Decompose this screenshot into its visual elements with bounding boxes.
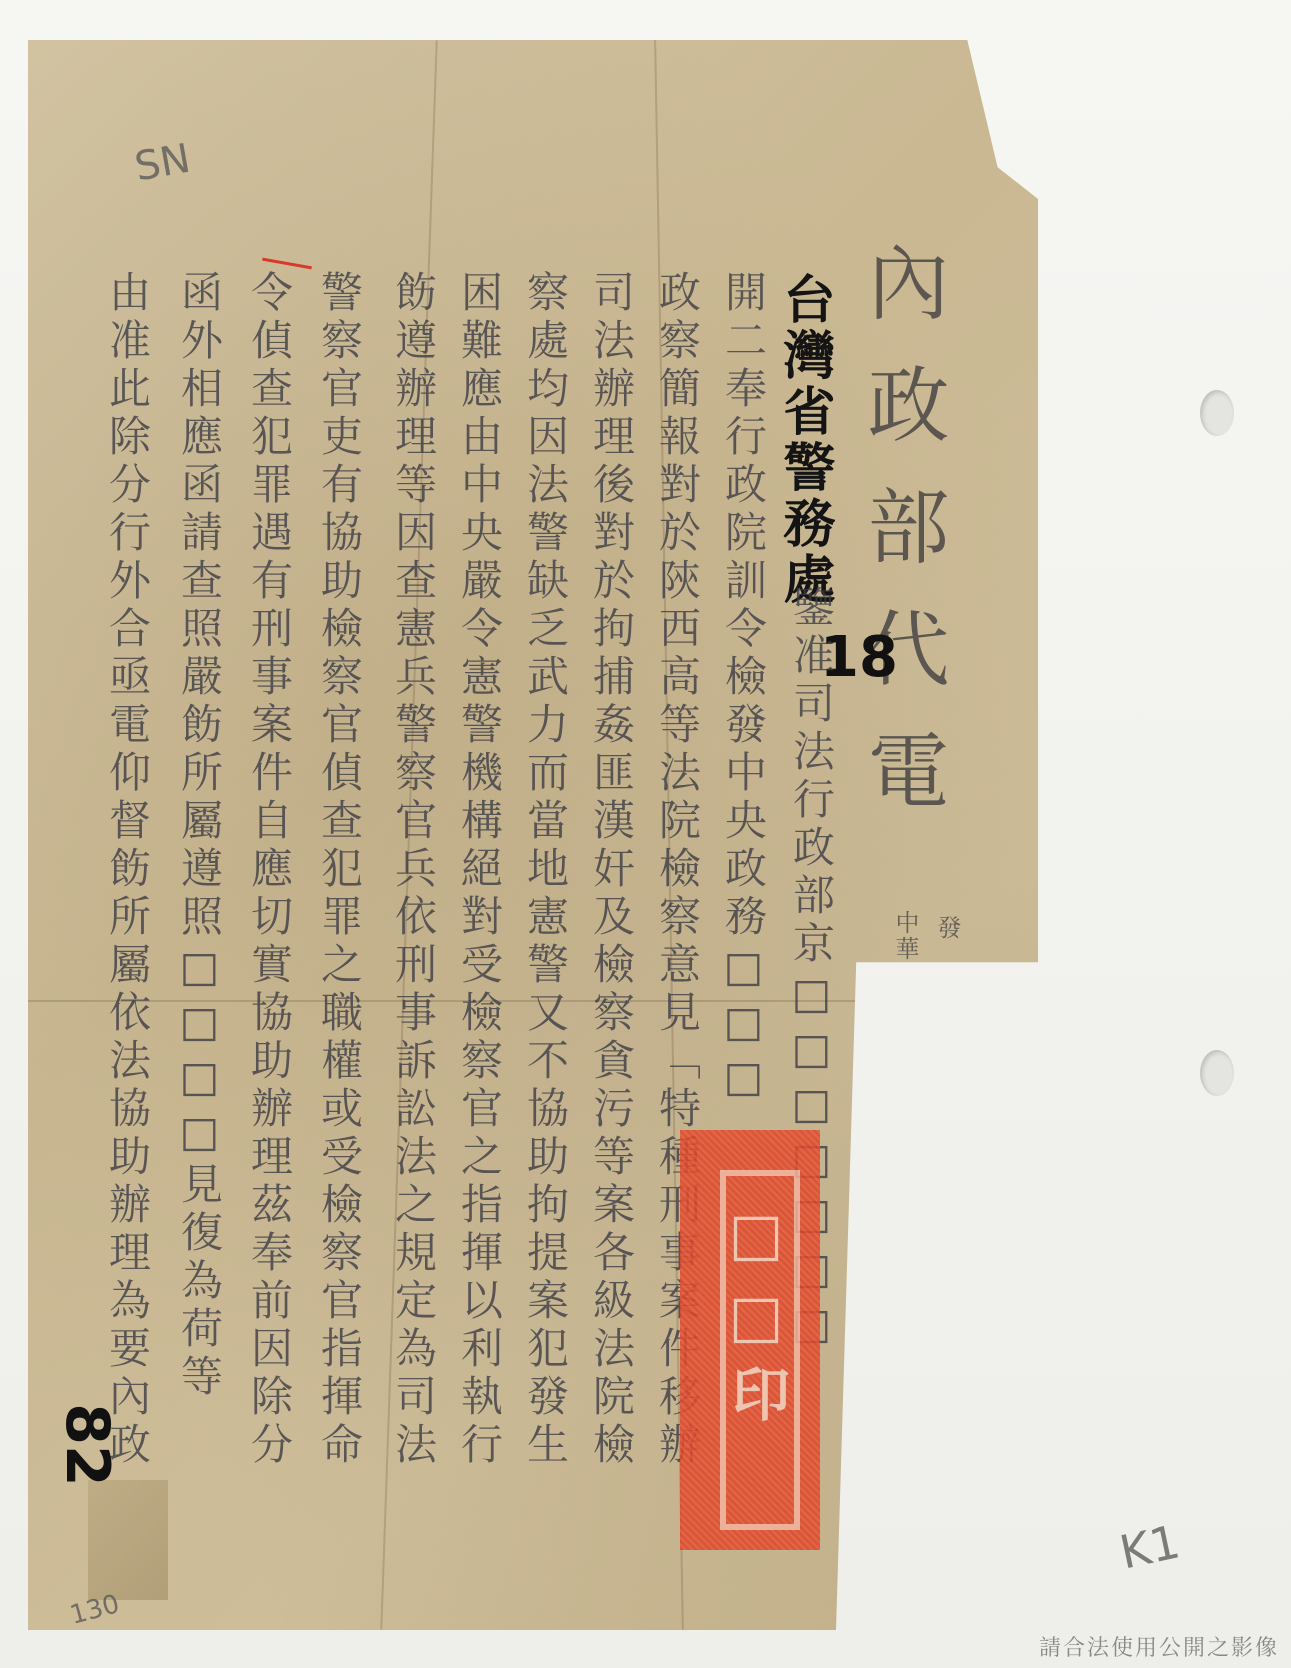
- body-column-5: 察處均因法警缺乏武力而當地憲警又不協助拘提案犯發生: [524, 270, 566, 1470]
- addressee: 台灣省警務處: [778, 272, 830, 608]
- document-title: 內政部代電: [860, 240, 942, 850]
- stamp-text: □□印: [714, 1200, 798, 1436]
- punch-hole: [1200, 390, 1234, 436]
- body-column-8: 警察官吏有協助檢察官偵查犯罪之職權或受檢察官指揮命: [318, 270, 360, 1470]
- body-column-9: 令偵查犯罪遇有刑事案件自應切實協助辦理茲奉前因除分: [248, 270, 290, 1470]
- ink-annotation-bottom-left: 82: [52, 1403, 122, 1487]
- body-column-7: 飭遵辦理等因查憲兵警察官兵依刑事訴訟法之規定為司法: [392, 270, 434, 1470]
- body-column-10: 函外相應函請查照嚴飭所屬遵照□□□□見復為荷等: [178, 270, 220, 1402]
- pencil-annotation-top-left: SN: [131, 136, 193, 191]
- folded-paper-tab: [88, 1480, 168, 1600]
- header-small-text: 中華: [888, 910, 923, 962]
- usage-watermark: 請合法使用公開之影像: [1039, 1631, 1279, 1662]
- red-seal-stamp: □□印: [680, 1130, 820, 1550]
- body-column-11: 由准此除分行外合亟電仰督飭所屬依法協助辦理為要內政: [106, 270, 148, 1470]
- body-column-6: 困難應由中央嚴令憲警機構絕對受檢察官之指揮以利執行: [458, 270, 500, 1470]
- header-small-text-right: 發: [930, 915, 965, 941]
- body-column-2: 開二奉行政院訓令檢發中央政務□□□: [722, 270, 764, 1107]
- punch-hole: [1200, 1050, 1234, 1096]
- body-column-4: 司法辦理後對於拘捕姦匪漢奸及檢察貪污等案各級法院檢: [590, 270, 632, 1470]
